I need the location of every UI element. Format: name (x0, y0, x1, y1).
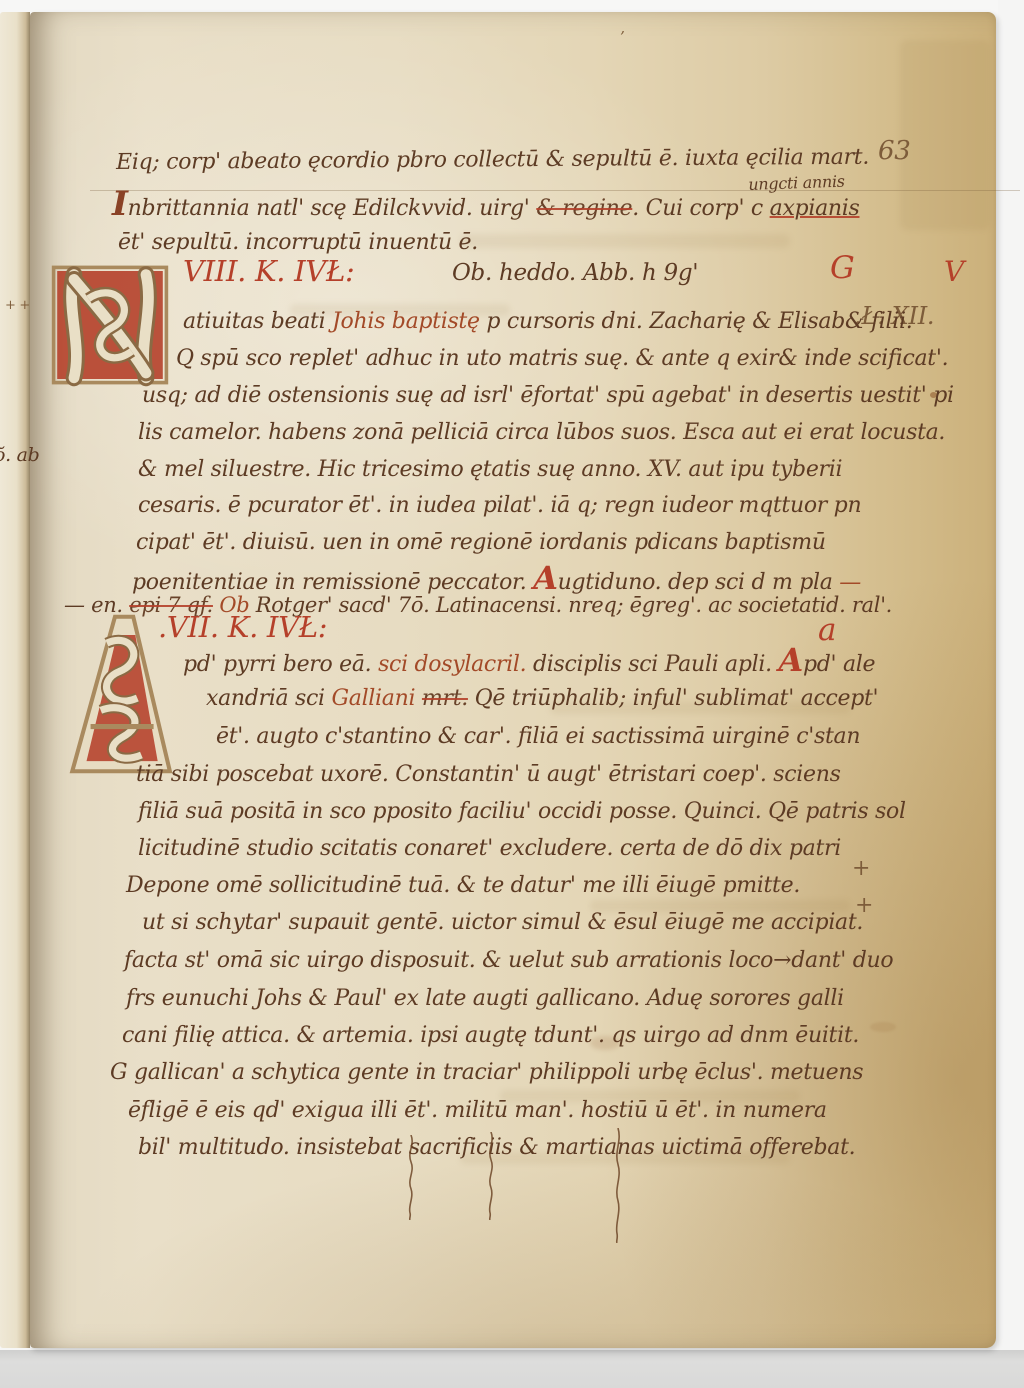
pen-squiggle (405, 1135, 417, 1220)
pen-squiggle (612, 1128, 624, 1243)
manuscript-scan: 63 ’ Eiq; corp' abeato ęcordio pbro coll… (0, 0, 1024, 1388)
pen-squiggles (0, 0, 1024, 1388)
pen-squiggle (485, 1132, 497, 1220)
